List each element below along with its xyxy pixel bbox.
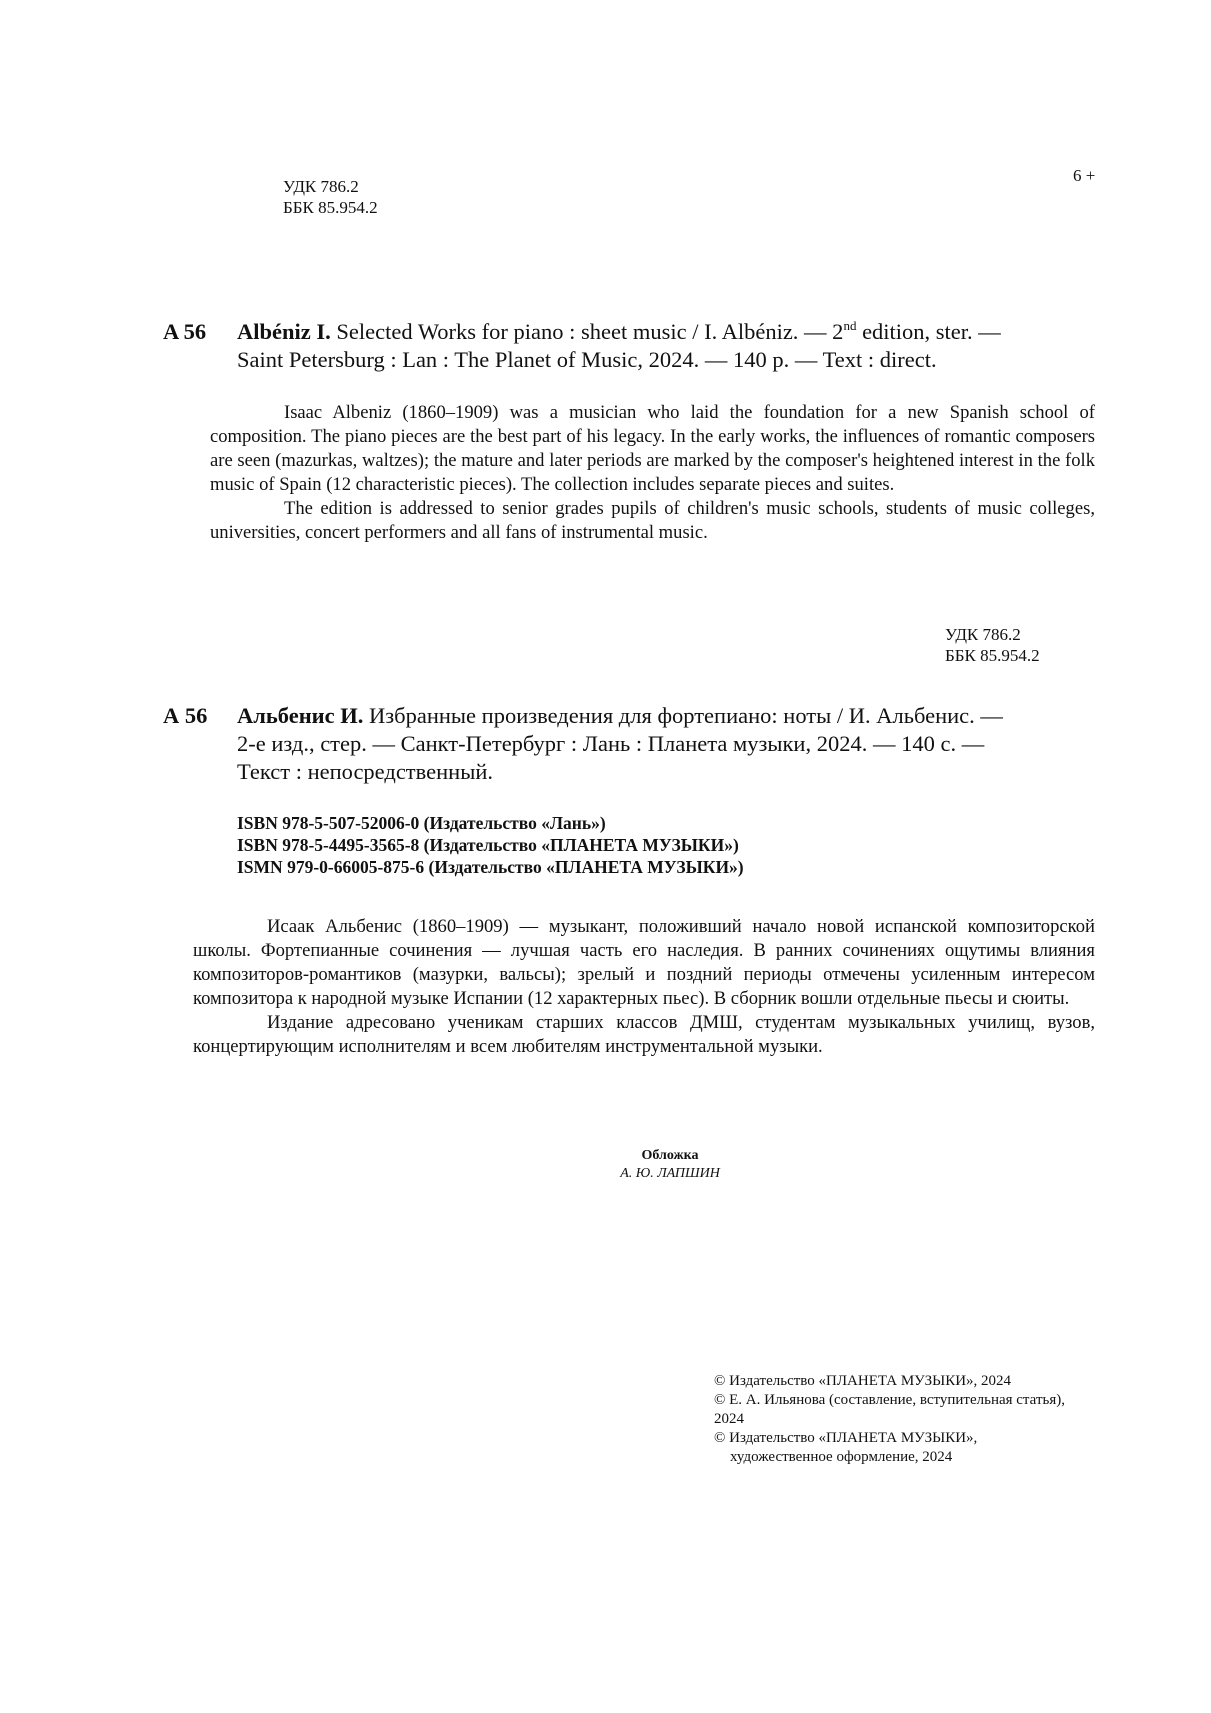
- cover-credit: Обложка А. Ю. ЛАПШИН: [560, 1147, 780, 1183]
- isbn-block: ISBN 978-5-507-52006-0 (Издательство «Ла…: [237, 812, 744, 878]
- bibliographic-entry-en: A 56 Albéniz I. Selected Works for piano…: [163, 318, 1103, 374]
- cover-artist: А. Ю. ЛАПШИН: [560, 1165, 780, 1183]
- author-name: Альбенис И.: [237, 703, 363, 728]
- abstract-ru: Исаак Альбенис (1860–1909) — музыкант, п…: [193, 915, 1095, 1059]
- ordinal-suffix: nd: [843, 318, 856, 333]
- copyright-line: © Издательство «ПЛАНЕТА МУЗЫКИ», 2024: [714, 1372, 1074, 1391]
- entry-line-1: Альбенис И. Избранные произведения для ф…: [237, 702, 1103, 730]
- author-mark: A 56: [163, 318, 206, 346]
- entry-body: Albéniz I. Selected Works for piano : sh…: [237, 318, 1103, 374]
- abstract-en: Isaac Albeniz (1860–1909) was a musician…: [210, 401, 1095, 545]
- entry-body: Альбенис И. Избранные произведения для ф…: [237, 702, 1103, 786]
- bbk-code: ББК 85.954.2: [283, 197, 378, 218]
- cover-label: Обложка: [560, 1147, 780, 1165]
- copyright-line: художественное оформление, 2024: [714, 1448, 1074, 1467]
- entry-line-2: 2-е изд., стер. — Санкт-Петербург : Лань…: [237, 730, 1103, 758]
- bbk-code: ББК 85.954.2: [945, 645, 1040, 666]
- udk-code: УДК 786.2: [283, 176, 378, 197]
- abstract-paragraph: Исаак Альбенис (1860–1909) — музыкант, п…: [193, 915, 1095, 1011]
- abstract-paragraph: The edition is addressed to senior grade…: [210, 497, 1095, 545]
- isbn-planeta: ISBN 978-5-4495-3565-8 (Издательство «ПЛ…: [237, 834, 744, 856]
- classification-mid: УДК 786.2 ББК 85.954.2: [945, 624, 1040, 666]
- age-rating: 6 +: [1073, 166, 1095, 186]
- isbn-lan: ISBN 978-5-507-52006-0 (Издательство «Ла…: [237, 812, 744, 834]
- author-name: Albéniz I.: [237, 319, 331, 344]
- entry-line-2: Saint Petersburg : Lan : The Planet of M…: [237, 346, 1103, 374]
- entry-line-1: Albéniz I. Selected Works for piano : sh…: [237, 318, 1103, 346]
- udk-code: УДК 786.2: [945, 624, 1040, 645]
- entry-title: Избранные произведения для фортепиано: н…: [363, 703, 1003, 728]
- entry-title: Selected Works for piano : sheet music /…: [331, 319, 844, 344]
- copyright-line: © Издательство «ПЛАНЕТА МУЗЫКИ»,: [714, 1429, 1074, 1448]
- bibliographic-entry-ru: А 56 Альбенис И. Избранные произведения …: [163, 702, 1103, 786]
- entry-line-3: Текст : непосредственный.: [237, 758, 1103, 786]
- abstract-paragraph: Isaac Albeniz (1860–1909) was a musician…: [210, 401, 1095, 497]
- abstract-paragraph: Издание адресовано ученикам старших клас…: [193, 1011, 1095, 1059]
- classification-top: УДК 786.2 ББК 85.954.2: [283, 176, 378, 218]
- edition-text: edition, ster. —: [856, 319, 1000, 344]
- author-mark: А 56: [163, 702, 207, 730]
- ismn-planeta: ISMN 979-0-66005-875-6 (Издательство «ПЛ…: [237, 856, 744, 878]
- copyright-line: © Е. А. Ильянова (составление, вступител…: [714, 1391, 1074, 1429]
- copyright-block: © Издательство «ПЛАНЕТА МУЗЫКИ», 2024 © …: [714, 1372, 1074, 1467]
